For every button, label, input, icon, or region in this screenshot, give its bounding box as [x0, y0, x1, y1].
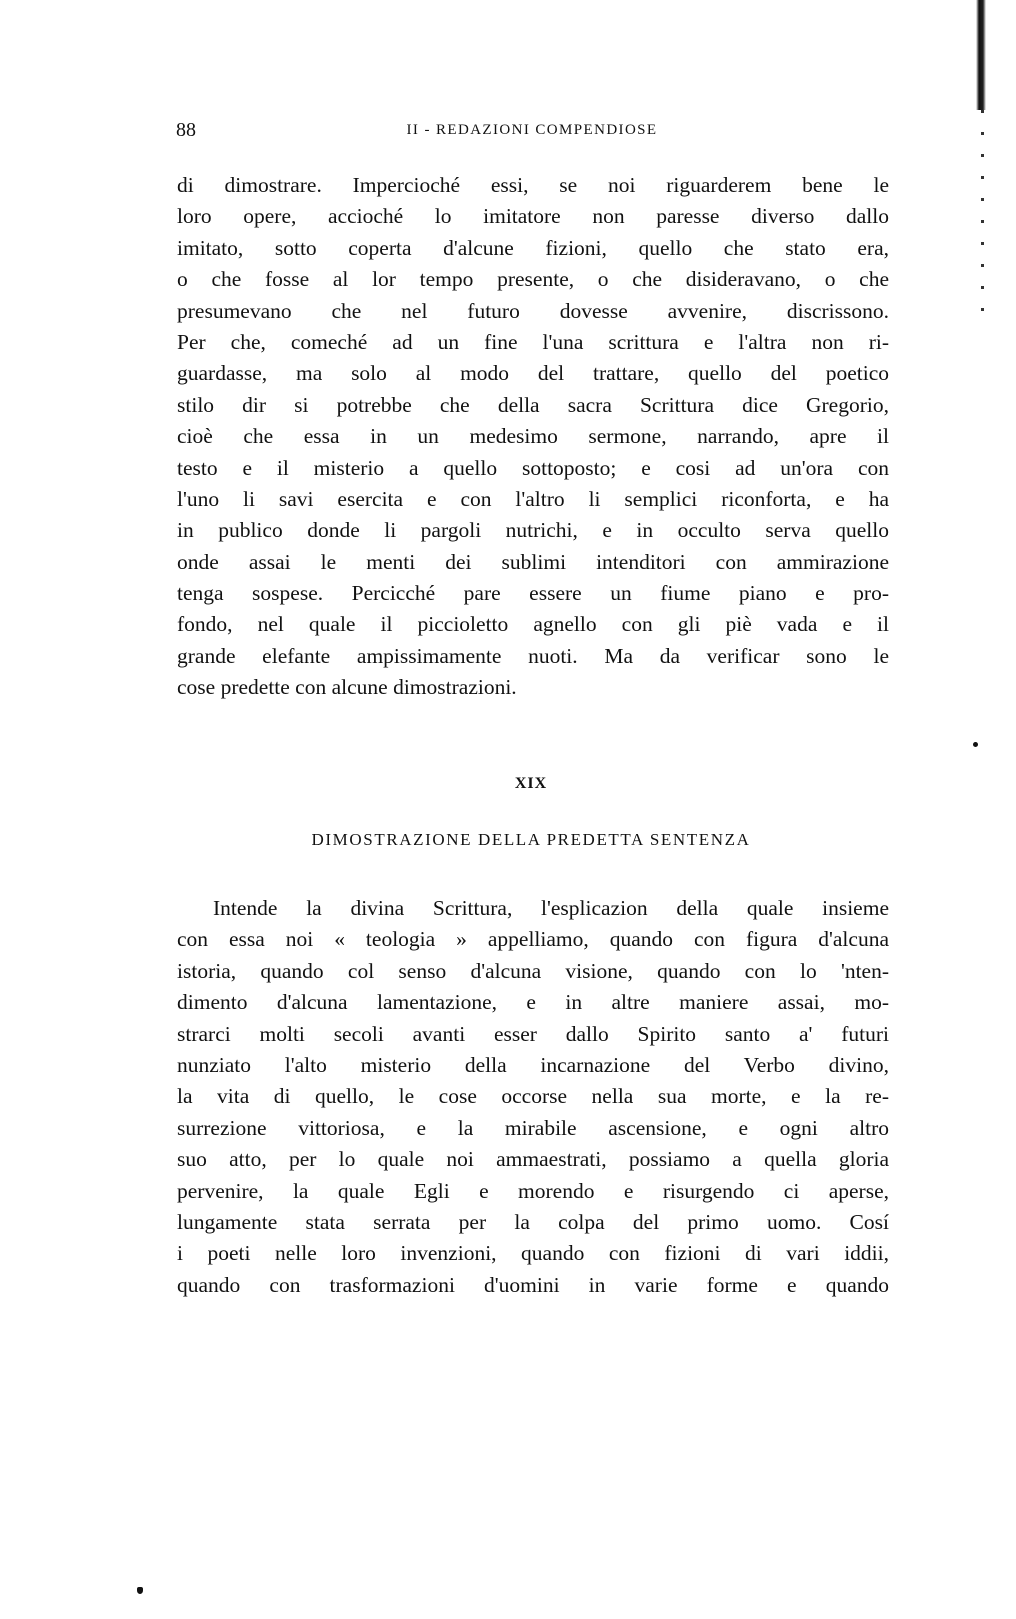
- text-line: istoria, quando col senso d'alcuna visio…: [177, 956, 889, 987]
- text-line: stilo dir si potrebbe che della sacra Sc…: [177, 390, 889, 421]
- text-line: i poeti nelle loro invenzioni, quando co…: [177, 1238, 889, 1269]
- text-line: cioè che essa in un medesimo sermone, na…: [177, 421, 889, 452]
- text-line: o che fosse al lor tempo presente, o che…: [177, 264, 889, 295]
- scan-edge-specks: [981, 110, 984, 330]
- text-line: onde assai le menti dei sublimi intendit…: [177, 547, 889, 578]
- running-head: 88 II - REDAZIONI COMPENDIOSE: [176, 119, 888, 143]
- text-line: grande elefante ampissimamente nuoti. Ma…: [177, 641, 889, 672]
- text-line: Per che, comeché ad un fine l'una scritt…: [177, 327, 889, 358]
- text-line: con essa noi « teologia » appelliamo, qu…: [177, 924, 889, 955]
- book-page: 88 II - REDAZIONI COMPENDIOSE di dimostr…: [0, 0, 1016, 1619]
- text-line: nunziato l'alto misterio della incarnazi…: [177, 1050, 889, 1081]
- scan-speck: [973, 742, 978, 747]
- text-line: Intende la divina Scrittura, l'esplicazi…: [177, 893, 889, 924]
- text-line: testo e il misterio a quello sottoposto;…: [177, 453, 889, 484]
- text-line: suo atto, per lo quale noi ammaestrati, …: [177, 1144, 889, 1175]
- chapter-title: DIMOSTRAZIONE DELLA PREDETTA SENTENZA: [0, 830, 1016, 850]
- text-line: loro opere, accioché lo imitatore non pa…: [177, 201, 889, 232]
- text-line: cose predette con alcune dimostrazioni.: [177, 672, 889, 703]
- paragraph-continuation: di dimostrare. Impercioché essi, se noi …: [177, 170, 889, 704]
- text-line: la vita di quello, le cose occorse nella…: [177, 1081, 889, 1112]
- text-line: dimento d'alcuna lamentazione, e in altr…: [177, 987, 889, 1018]
- text-line: imitato, sotto coperta d'alcune fizioni,…: [177, 233, 889, 264]
- text-line: l'uno li savi esercita e con l'altro li …: [177, 484, 889, 515]
- chapter-number: XIX: [0, 775, 1016, 793]
- text-line: in publico donde li pargoli nutrichi, e …: [177, 515, 889, 546]
- scan-edge-shadow: [976, 0, 986, 110]
- text-line: di dimostrare. Impercioché essi, se noi …: [177, 170, 889, 201]
- text-line: surrezione vittoriosa, e la mirabile asc…: [177, 1113, 889, 1144]
- text-line: presumevano che nel futuro dovesse avven…: [177, 296, 889, 327]
- text-line: guardasse, ma solo al modo del trattare,…: [177, 358, 889, 389]
- text-line: lungamente stata serrata per la colpa de…: [177, 1207, 889, 1238]
- text-line: pervenire, la quale Egli e morendo e ris…: [177, 1176, 889, 1207]
- text-line: quando con trasformazioni d'uomini in va…: [177, 1270, 889, 1301]
- scan-speck: [137, 1587, 143, 1594]
- text-line: tenga sospese. Percicché pare essere un …: [177, 578, 889, 609]
- text-line: strarci molti secoli avanti esser dallo …: [177, 1019, 889, 1050]
- chapter-paragraph: Intende la divina Scrittura, l'esplicazi…: [177, 893, 889, 1301]
- running-title: II - REDAZIONI COMPENDIOSE: [176, 122, 888, 139]
- text-line: fondo, nel quale il piccioletto agnello …: [177, 609, 889, 640]
